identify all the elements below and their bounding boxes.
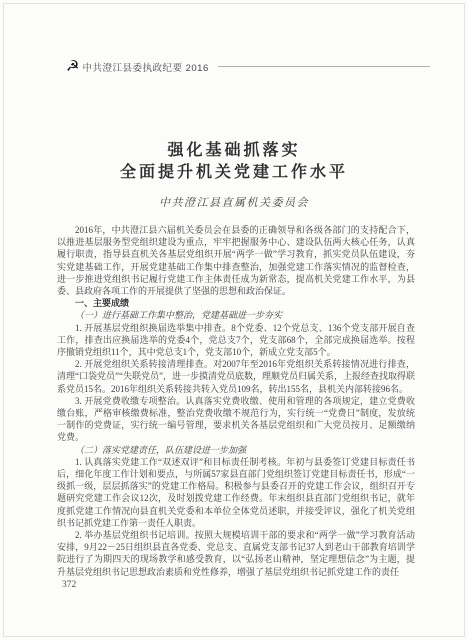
article-title-line-1: 强化基础抓落实 (0, 140, 468, 162)
paragraph-item-1: 1. 开展基层党组织换届选举集中排查。8个党委、12个党总支、136个党支部开展… (57, 322, 415, 359)
article-title-line-2: 全面提升机关党建工作水平 (0, 162, 468, 184)
article-title-block: 强化基础抓落实 全面提升机关党建工作水平 中共澄江县直属机关委员会 (0, 140, 468, 210)
paragraph-item-4: 1. 认真落实党建工作“双述双评”和目标责任制考核。年初与县委签订党建目标责任书… (57, 456, 415, 529)
party-emblem-icon: ☭ (66, 59, 79, 74)
article-author: 中共澄江县直属机关委员会 (0, 194, 468, 210)
page-number: 372 (62, 580, 76, 590)
running-header-title: 中共澄江县委执政纪要 2016 (82, 60, 208, 74)
header-rule-line (218, 66, 430, 67)
paragraph-item-2: 2. 开展党组织关系转接清理排查。对2007年至2016年党组织关系转接情况进行… (57, 358, 415, 395)
paragraph-intro: 2016年，中共澄江县六届机关委员会在县委的正确领导和各级各部门的支持配合下，以… (57, 224, 415, 297)
paragraph-item-5: 2. 举办基层党组织书记培训。按照大规模培训干部的要求和“两学一做”学习教育活动… (57, 529, 415, 578)
subsection-heading-2: （二）落实党建责任，队伍建设进一步加强 (57, 444, 415, 456)
article-body: 2016年，中共澄江县六届机关委员会在县委的正确领导和各级各部门的支持配合下，以… (57, 224, 415, 578)
paragraph-item-3: 3. 开展党费收缴专项整治。认真落实党费收缴、使用和管理的各项规定，建立党费收缴… (57, 395, 415, 444)
scanned-document-page: { "header": { "emblem_icon": "party-embl… (0, 0, 468, 640)
subsection-heading-1: （一）进行基础工作集中整治，党建基础进一步夯实 (57, 309, 415, 321)
running-header: ☭ 中共澄江县委执政纪要 2016 (66, 59, 430, 74)
section-heading-main-achievements: 一、主要成绩 (57, 297, 415, 309)
